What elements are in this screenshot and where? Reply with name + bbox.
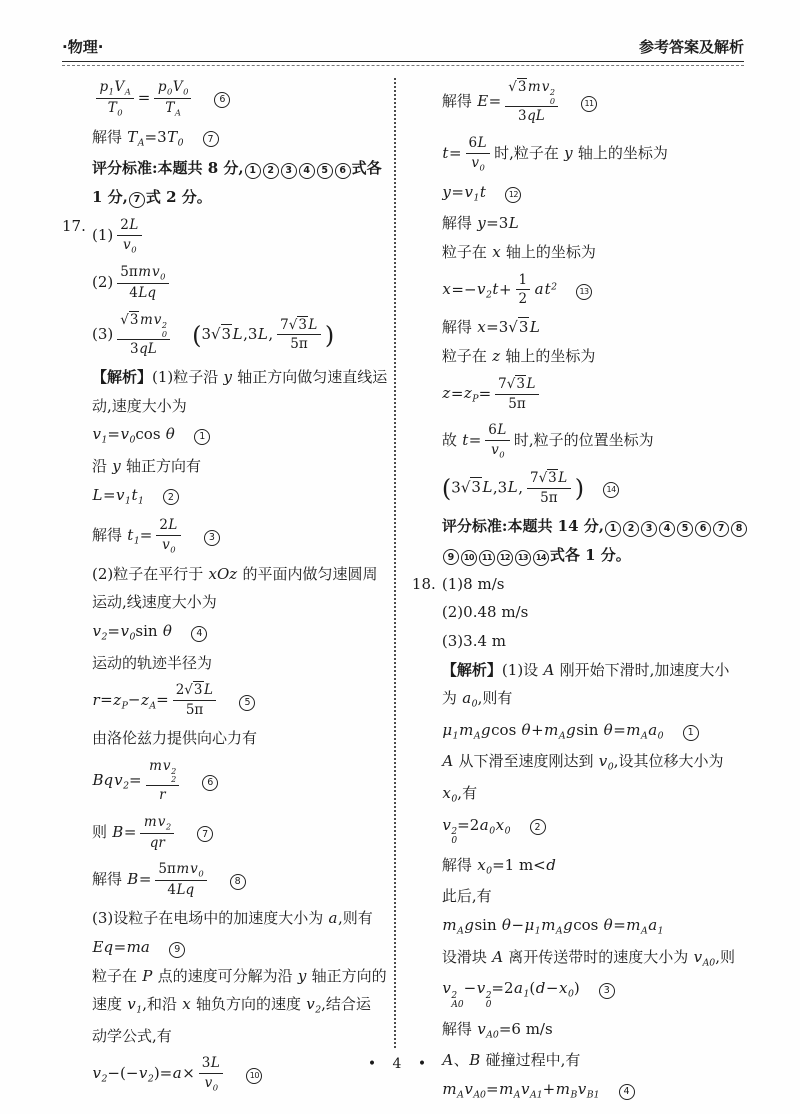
text-run: (1) <box>92 226 113 244</box>
text-run: − <box>546 979 559 997</box>
fraction-numerator: √3mv20 <box>117 312 170 340</box>
math-var-subscript: v2 <box>306 995 321 1013</box>
text-run: x <box>558 979 567 997</box>
text-run: v <box>693 948 702 966</box>
text-line: 解得 x=3√3L <box>412 317 748 338</box>
header-title: 参考答案及解析 <box>639 36 744 57</box>
text-run: m <box>626 721 641 739</box>
radical-sign-icon: √ <box>508 79 517 95</box>
text-run: = <box>156 691 169 709</box>
math-variable: m <box>149 758 163 774</box>
text-run: = <box>107 622 120 640</box>
circled-equation-number: 12 <box>505 187 521 203</box>
math-variable: Lq <box>176 882 195 898</box>
circled-equation-number: 3 <box>599 983 615 999</box>
circled-equation-number: 8 <box>731 521 747 537</box>
circled-equation-number: 2 <box>163 489 179 505</box>
math-var-subscript: vA1 <box>521 1080 543 1098</box>
radicand: 3 <box>518 317 530 336</box>
text-run: 2 <box>171 775 176 783</box>
big-paren: ( <box>442 475 451 503</box>
text-run: 解得 <box>92 128 127 146</box>
sqrt-radical: √3 <box>289 316 308 333</box>
circled-equation-number: 1 <box>194 429 210 445</box>
math-var-supsub: v20 <box>442 816 457 834</box>
fraction-denominator: 3qL <box>130 340 157 358</box>
header-rule-solid <box>62 61 744 62</box>
text-run: 5π <box>158 861 175 877</box>
fraction-denominator: v0 <box>123 236 137 255</box>
text-run: v <box>521 1080 530 1098</box>
math-variable: x <box>182 995 191 1013</box>
text-run: x <box>442 784 451 802</box>
text-run: 式 2 分。 <box>146 188 212 206</box>
radicand: 3 <box>470 477 482 496</box>
math-var-subscript: v1 <box>92 425 107 443</box>
math-var-subscript: x0 <box>495 816 510 834</box>
math-variable: Bq <box>92 771 114 789</box>
text-line: 故 t=6Lv0时,粒子的位置坐标为 <box>412 421 748 461</box>
text-run: A1 <box>530 1090 543 1101</box>
text-run: 时,粒子在 <box>494 144 564 162</box>
math-var-subscript: vB1 <box>577 1080 599 1098</box>
text-run: a <box>462 689 472 707</box>
text-run: 解得 <box>92 870 127 888</box>
text-line: (2)0.48 m/s <box>412 602 748 623</box>
text-run: = <box>124 823 137 841</box>
math-var-subscript: zP <box>463 384 478 402</box>
text-run: p <box>157 79 167 95</box>
math-variable: y <box>477 214 486 232</box>
text-run: v <box>476 979 485 997</box>
text-line: (3)3.4 m <box>412 631 748 652</box>
sqrt-radical: √3 <box>184 681 203 698</box>
math-variable: A <box>442 752 454 770</box>
fraction-numerator: 2L <box>117 217 142 236</box>
math-var-subscript: v0 <box>162 537 176 553</box>
text-run: v <box>204 1075 213 1091</box>
text-run: ,则有 <box>338 909 373 927</box>
circled-equation-number: 3 <box>641 521 657 537</box>
text-line: 设滑块 A 离开传送带时的速度大小为 vA0,则 <box>412 947 748 971</box>
math-var-supsub: v22 <box>162 758 176 774</box>
math-var-subscript: vA0 <box>464 1080 486 1098</box>
text-run: 0 <box>170 544 175 554</box>
text-run: 解得 <box>442 856 477 874</box>
text-line: x0,有 <box>412 783 748 807</box>
text-run: 7 <box>498 376 507 392</box>
text-run: 解得 <box>442 92 477 110</box>
document-page: ·物理· 参考答案及解析 p1VAT0=p0V0TA6解得 TA=3T07评分标… <box>0 0 800 1114</box>
text-run: = <box>103 486 116 504</box>
text-line: A 从下滑至速度刚达到 v0,设其位移大小为 <box>412 751 748 775</box>
text-run: v <box>116 486 125 504</box>
text-run: (1)8 m/s <box>442 575 505 593</box>
math-variable: L <box>558 470 568 486</box>
fraction: 5πmv04Lq <box>117 264 168 302</box>
text-line: 粒子在 x 轴上的坐标为 <box>412 242 748 263</box>
text-run: v <box>477 1020 486 1038</box>
math-var-subscript: a1 <box>648 916 664 934</box>
circled-equation-number: 4 <box>659 521 675 537</box>
text-run: (2)0.48 m/s <box>442 603 528 621</box>
math-variable: qL <box>527 108 546 124</box>
text-run: = <box>451 384 464 402</box>
radical-sign-icon: √ <box>539 470 548 486</box>
text-run: 6 <box>469 135 478 151</box>
text-run: =− <box>451 280 476 298</box>
math-var-subscript: T0 <box>107 100 122 116</box>
math-var-subscript: mA <box>442 916 464 934</box>
math-var-subscript: v0 <box>190 861 204 877</box>
math-var-subscript: V0 <box>172 79 188 95</box>
text-run: v <box>491 442 500 458</box>
text-run: 5π <box>290 336 307 352</box>
fraction-denominator: 3qL <box>518 107 545 125</box>
fraction: 7√3L5π <box>495 376 539 413</box>
text-run: 0 <box>550 97 555 105</box>
text-run: a <box>648 721 658 739</box>
text-run: 则 <box>92 823 112 841</box>
text-run: m <box>442 1080 457 1098</box>
text-run: a <box>648 916 658 934</box>
text-run: 的平面内做匀速圆周 <box>238 565 378 583</box>
text-run: 1 <box>535 926 541 937</box>
fraction-numerator: 5πmv0 <box>117 264 168 284</box>
math-variable: P <box>142 967 153 985</box>
text-run: 0 <box>162 330 167 338</box>
circled-equation-number: 13 <box>576 284 592 300</box>
fraction-numerator: √3mv20 <box>505 79 558 107</box>
math-var-supsub: v20 <box>153 312 167 328</box>
math-variable: L <box>232 325 243 343</box>
page-number: • 4 • <box>368 1056 432 1072</box>
text-run: 1 <box>658 926 664 937</box>
text-run: =3 <box>145 128 167 146</box>
math-variable: L <box>204 682 214 698</box>
text-run: 3 <box>516 376 525 392</box>
math-var-subscript: v0 <box>471 155 485 171</box>
text-run: = <box>486 1080 499 1098</box>
text-run: 轴正方向的 <box>307 967 387 985</box>
text-line: mAvA0=mAvA1+mBvB14 <box>412 1079 748 1103</box>
text-run: 点的速度可分解为沿 <box>153 967 298 985</box>
circled-equation-number: 2 <box>530 819 546 835</box>
text-line: Eq=ma9 <box>62 937 388 958</box>
text-run: =3 <box>486 318 508 336</box>
text-run: (3) <box>92 325 113 343</box>
text-run: sin <box>576 721 603 739</box>
math-var-subscript: v0 <box>123 237 137 253</box>
math-variable: qr <box>149 835 165 851</box>
text-line: 粒子在 P 点的速度可分解为沿 y 轴正方向的 <box>62 966 388 987</box>
circled-equation-number: 2 <box>263 163 279 179</box>
math-var-subscript: a0 <box>479 816 495 834</box>
math-variable: L <box>508 214 519 232</box>
text-run: 1 <box>138 495 144 506</box>
text-run: 2 <box>166 821 171 831</box>
text-run: 3 <box>548 470 557 486</box>
text-run: v <box>477 280 486 298</box>
text-run: v <box>123 237 132 253</box>
text-run: m <box>442 916 457 934</box>
sqrt-radical: √3 <box>508 317 529 336</box>
circled-equation-number: 9 <box>443 549 459 565</box>
text-line: 评分标准:本题共 14 分,12345678 <box>412 516 748 537</box>
circled-equation-number: 7 <box>713 521 729 537</box>
text-run: 2 <box>519 291 528 307</box>
circled-equation-number: 4 <box>619 1084 635 1100</box>
text-run: z <box>113 691 122 709</box>
text-run: p <box>99 79 109 95</box>
radical-sign-icon: √ <box>508 318 518 336</box>
text-line: 解得 vA0=6 m/s <box>412 1019 748 1043</box>
math-var-subscript: v1 <box>116 486 131 504</box>
text-run: 轴上的坐标为 <box>501 243 596 261</box>
fraction-denominator: qr <box>149 834 165 852</box>
math-variable: z <box>442 384 451 402</box>
text-run: 0 <box>505 825 511 836</box>
fraction-denominator: 4Lq <box>129 284 156 302</box>
math-variable: g <box>566 721 577 739</box>
math-variable: B <box>112 823 124 841</box>
math-var-subscript: x0 <box>442 784 457 802</box>
text-run: ,结合运 <box>321 995 371 1013</box>
text-run: v <box>306 995 315 1013</box>
text-run: m <box>541 916 556 934</box>
text-line: (3√3L,3L,7√3L5π)14 <box>412 469 748 508</box>
math-variable: L <box>526 376 536 392</box>
math-var-subscript: TA <box>127 128 145 146</box>
text-line: x=−v2t+12at213 <box>412 271 748 310</box>
text-line: 解得 TA=3T07 <box>62 127 388 151</box>
header-subject: ·物理· <box>62 36 103 57</box>
radical-sign-icon: √ <box>211 325 221 343</box>
math-variable: r <box>159 787 166 803</box>
text-line: 17.(1)2Lv0 <box>62 216 388 256</box>
text-run: 0 <box>117 107 122 117</box>
text-run: 6 <box>488 422 497 438</box>
text-run: A0 <box>451 1001 463 1010</box>
fraction: p0V0TA <box>154 79 191 118</box>
text-run: A <box>125 86 131 96</box>
text-run: 解得 <box>442 214 477 232</box>
math-variable: A <box>492 948 504 966</box>
circled-equation-number: 7 <box>129 192 145 208</box>
text-run: a <box>479 816 489 834</box>
math-variable: d <box>546 856 557 874</box>
text-run: 3 <box>201 325 211 343</box>
math-variable: x <box>477 318 486 336</box>
fraction: p1VAT0 <box>96 79 134 118</box>
text-run: 解得 <box>442 1020 477 1038</box>
left-column: p1VAT0=p0V0TA6解得 TA=3T07评分标准:本题共 8 分,123… <box>62 78 388 1048</box>
math-variable: xOz <box>208 565 238 583</box>
circled-equation-number: 5 <box>317 163 333 179</box>
math-var-subscript: t1 <box>131 486 144 504</box>
radicand: 3 <box>221 324 233 343</box>
text-run: m <box>544 721 559 739</box>
text-run: ,则有 <box>478 689 513 707</box>
text-run: = <box>451 183 464 201</box>
math-variable: x <box>442 280 451 298</box>
text-run: = <box>100 691 113 709</box>
text-run: a <box>514 979 524 997</box>
math-variable: t <box>462 431 469 449</box>
text-line: 动,速度大小为 <box>62 396 388 417</box>
text-run: 式各 <box>352 159 382 177</box>
text-run: T <box>107 100 117 116</box>
text-run: = <box>114 938 127 956</box>
text-run: m <box>499 1080 514 1098</box>
text-run: = <box>139 870 152 888</box>
text-run: =3 <box>486 214 508 232</box>
math-var-subscript: mA <box>442 1080 464 1098</box>
fraction-denominator: v0 <box>471 154 485 173</box>
text-run: A0 <box>486 1029 499 1040</box>
math-variable: y <box>442 183 451 201</box>
math-variable: y <box>112 457 121 475</box>
math-var-subscript: a1 <box>514 979 530 997</box>
text-line: 为 a0,则有 <box>412 688 748 712</box>
text-run: v <box>153 312 162 328</box>
text-run: t <box>131 486 138 504</box>
math-var-subscript: v0 <box>598 752 613 770</box>
text-run: A0 <box>473 1090 486 1101</box>
math-var-subscript: v2 <box>114 771 129 789</box>
text-run: = <box>129 771 142 789</box>
math-var-supsub: v20 <box>541 79 555 95</box>
fraction-denominator: v0 <box>162 536 176 555</box>
math-var-subscript: p0 <box>157 79 172 95</box>
math-variable: y <box>564 144 573 162</box>
text-run: 评分标准:本题共 14 分, <box>442 517 604 535</box>
text-run: 5π <box>186 702 203 718</box>
text-line: r=zP−zA=2√3L5π5 <box>62 681 388 720</box>
text-run: m <box>459 721 474 739</box>
math-variable: d <box>535 979 546 997</box>
text-run: 3 <box>471 478 481 496</box>
text-run: 刚开始下滑时,加速度大小 <box>555 661 730 679</box>
text-run: B1 <box>587 1090 600 1101</box>
sqrt-radical: √3 <box>508 78 527 95</box>
radicand: 3 <box>297 316 308 333</box>
math-variable: B <box>127 870 139 888</box>
math-variable: L <box>257 325 268 343</box>
text-run: ,设其位移大小为 <box>614 752 724 770</box>
text-run: 0 <box>486 1001 492 1010</box>
text-line: v2A0−v20=2a1(d−x0)3 <box>412 978 748 1010</box>
text-line: Bqv2=mv22r6 <box>62 757 388 805</box>
math-var-subscript: v0 <box>152 264 166 280</box>
text-run: V <box>114 79 125 95</box>
math-variable: L <box>308 317 318 333</box>
text-line: v1=v0cos θ1 <box>62 424 388 448</box>
circled-equation-number: 1 <box>683 725 699 741</box>
math-variable: L <box>477 135 487 151</box>
fraction-denominator: 5π <box>290 335 307 353</box>
math-variable: L <box>497 422 507 438</box>
text-line: L=v1t12 <box>62 485 388 509</box>
question-number: 18. <box>412 574 436 595</box>
fraction: 2Lv0 <box>117 217 142 255</box>
text-run: 粒子在 <box>442 347 492 365</box>
text-line: 沿 y 轴正方向有 <box>62 456 388 477</box>
text-line: (3)设粒子在电场中的加速度大小为 a,则有 <box>62 908 388 929</box>
text-run: A <box>175 107 181 117</box>
text-run: 0 <box>198 869 203 879</box>
math-var-supsub: v2A0 <box>442 979 464 997</box>
math-var-subscript: v2 <box>157 814 171 830</box>
text-run: t <box>127 526 134 544</box>
fraction-numerator: 2L <box>156 517 181 536</box>
text-run: A <box>138 137 145 148</box>
math-var-subscript: v0 <box>491 442 505 458</box>
text-run: 解得 <box>92 526 127 544</box>
text-line: μ1mAgcos θ+mAgsin θ=mAa01 <box>412 720 748 744</box>
fraction: √3mv203qL <box>505 79 558 125</box>
math-variable: g <box>563 916 574 934</box>
text-run: − <box>464 979 477 997</box>
text-run: 0 <box>183 86 188 96</box>
text-run: 2 <box>159 517 168 533</box>
math-variable: g <box>481 721 492 739</box>
math-variable: y <box>297 967 306 985</box>
text-run: =6 m/s <box>499 1020 553 1038</box>
text-run: 5π <box>508 396 525 412</box>
text-run: 1 分, <box>92 188 128 206</box>
math-var-subscript: TA <box>165 100 181 116</box>
text-run: 动,速度大小为 <box>92 397 187 415</box>
header-rule-dashed <box>62 65 744 66</box>
math-var-subscript: vA0 <box>477 1020 499 1038</box>
text-run: 故 <box>442 431 462 449</box>
circled-equation-number: 5 <box>677 521 693 537</box>
text-run: 22 <box>171 767 176 784</box>
circled-equation-number: 6 <box>202 775 218 791</box>
text-run: − <box>511 916 524 934</box>
text-run: 3 <box>451 478 461 496</box>
text-line: 评分标准:本题共 8 分,123456式各 <box>62 158 388 179</box>
math-var-subscript: VA <box>114 79 131 95</box>
text-run: A <box>474 731 481 742</box>
text-run: = <box>613 916 626 934</box>
text-run: (3)设粒子在电场中的加速度大小为 <box>92 909 328 927</box>
text-run: v <box>162 758 171 774</box>
math-variable: x <box>492 243 501 261</box>
math-variable: L <box>482 478 493 496</box>
math-var-subscript: x0 <box>558 979 573 997</box>
text-run: (2)粒子在平行于 <box>92 565 208 583</box>
math-var-subscript: vA0 <box>693 948 715 966</box>
text-run: A <box>641 926 648 937</box>
math-variable: qL <box>139 341 158 357</box>
circled-equation-number: 14 <box>533 550 549 566</box>
text-run: =1 m< <box>492 856 546 874</box>
circled-equation-number: 6 <box>695 521 711 537</box>
text-run: μ <box>524 916 535 934</box>
text-run: =2 <box>491 979 513 997</box>
fraction-numerator: 2√3L <box>173 682 217 701</box>
text-run: sin <box>474 916 501 934</box>
fraction: 6Lv0 <box>485 422 510 460</box>
fraction: 12 <box>516 272 531 309</box>
math-variable: θ <box>501 916 511 934</box>
text-run: sin <box>135 622 162 640</box>
sqrt-radical: √3 <box>539 469 558 486</box>
fraction-numerator: mv2 <box>140 814 174 834</box>
text-line: 此后,有 <box>412 886 748 907</box>
